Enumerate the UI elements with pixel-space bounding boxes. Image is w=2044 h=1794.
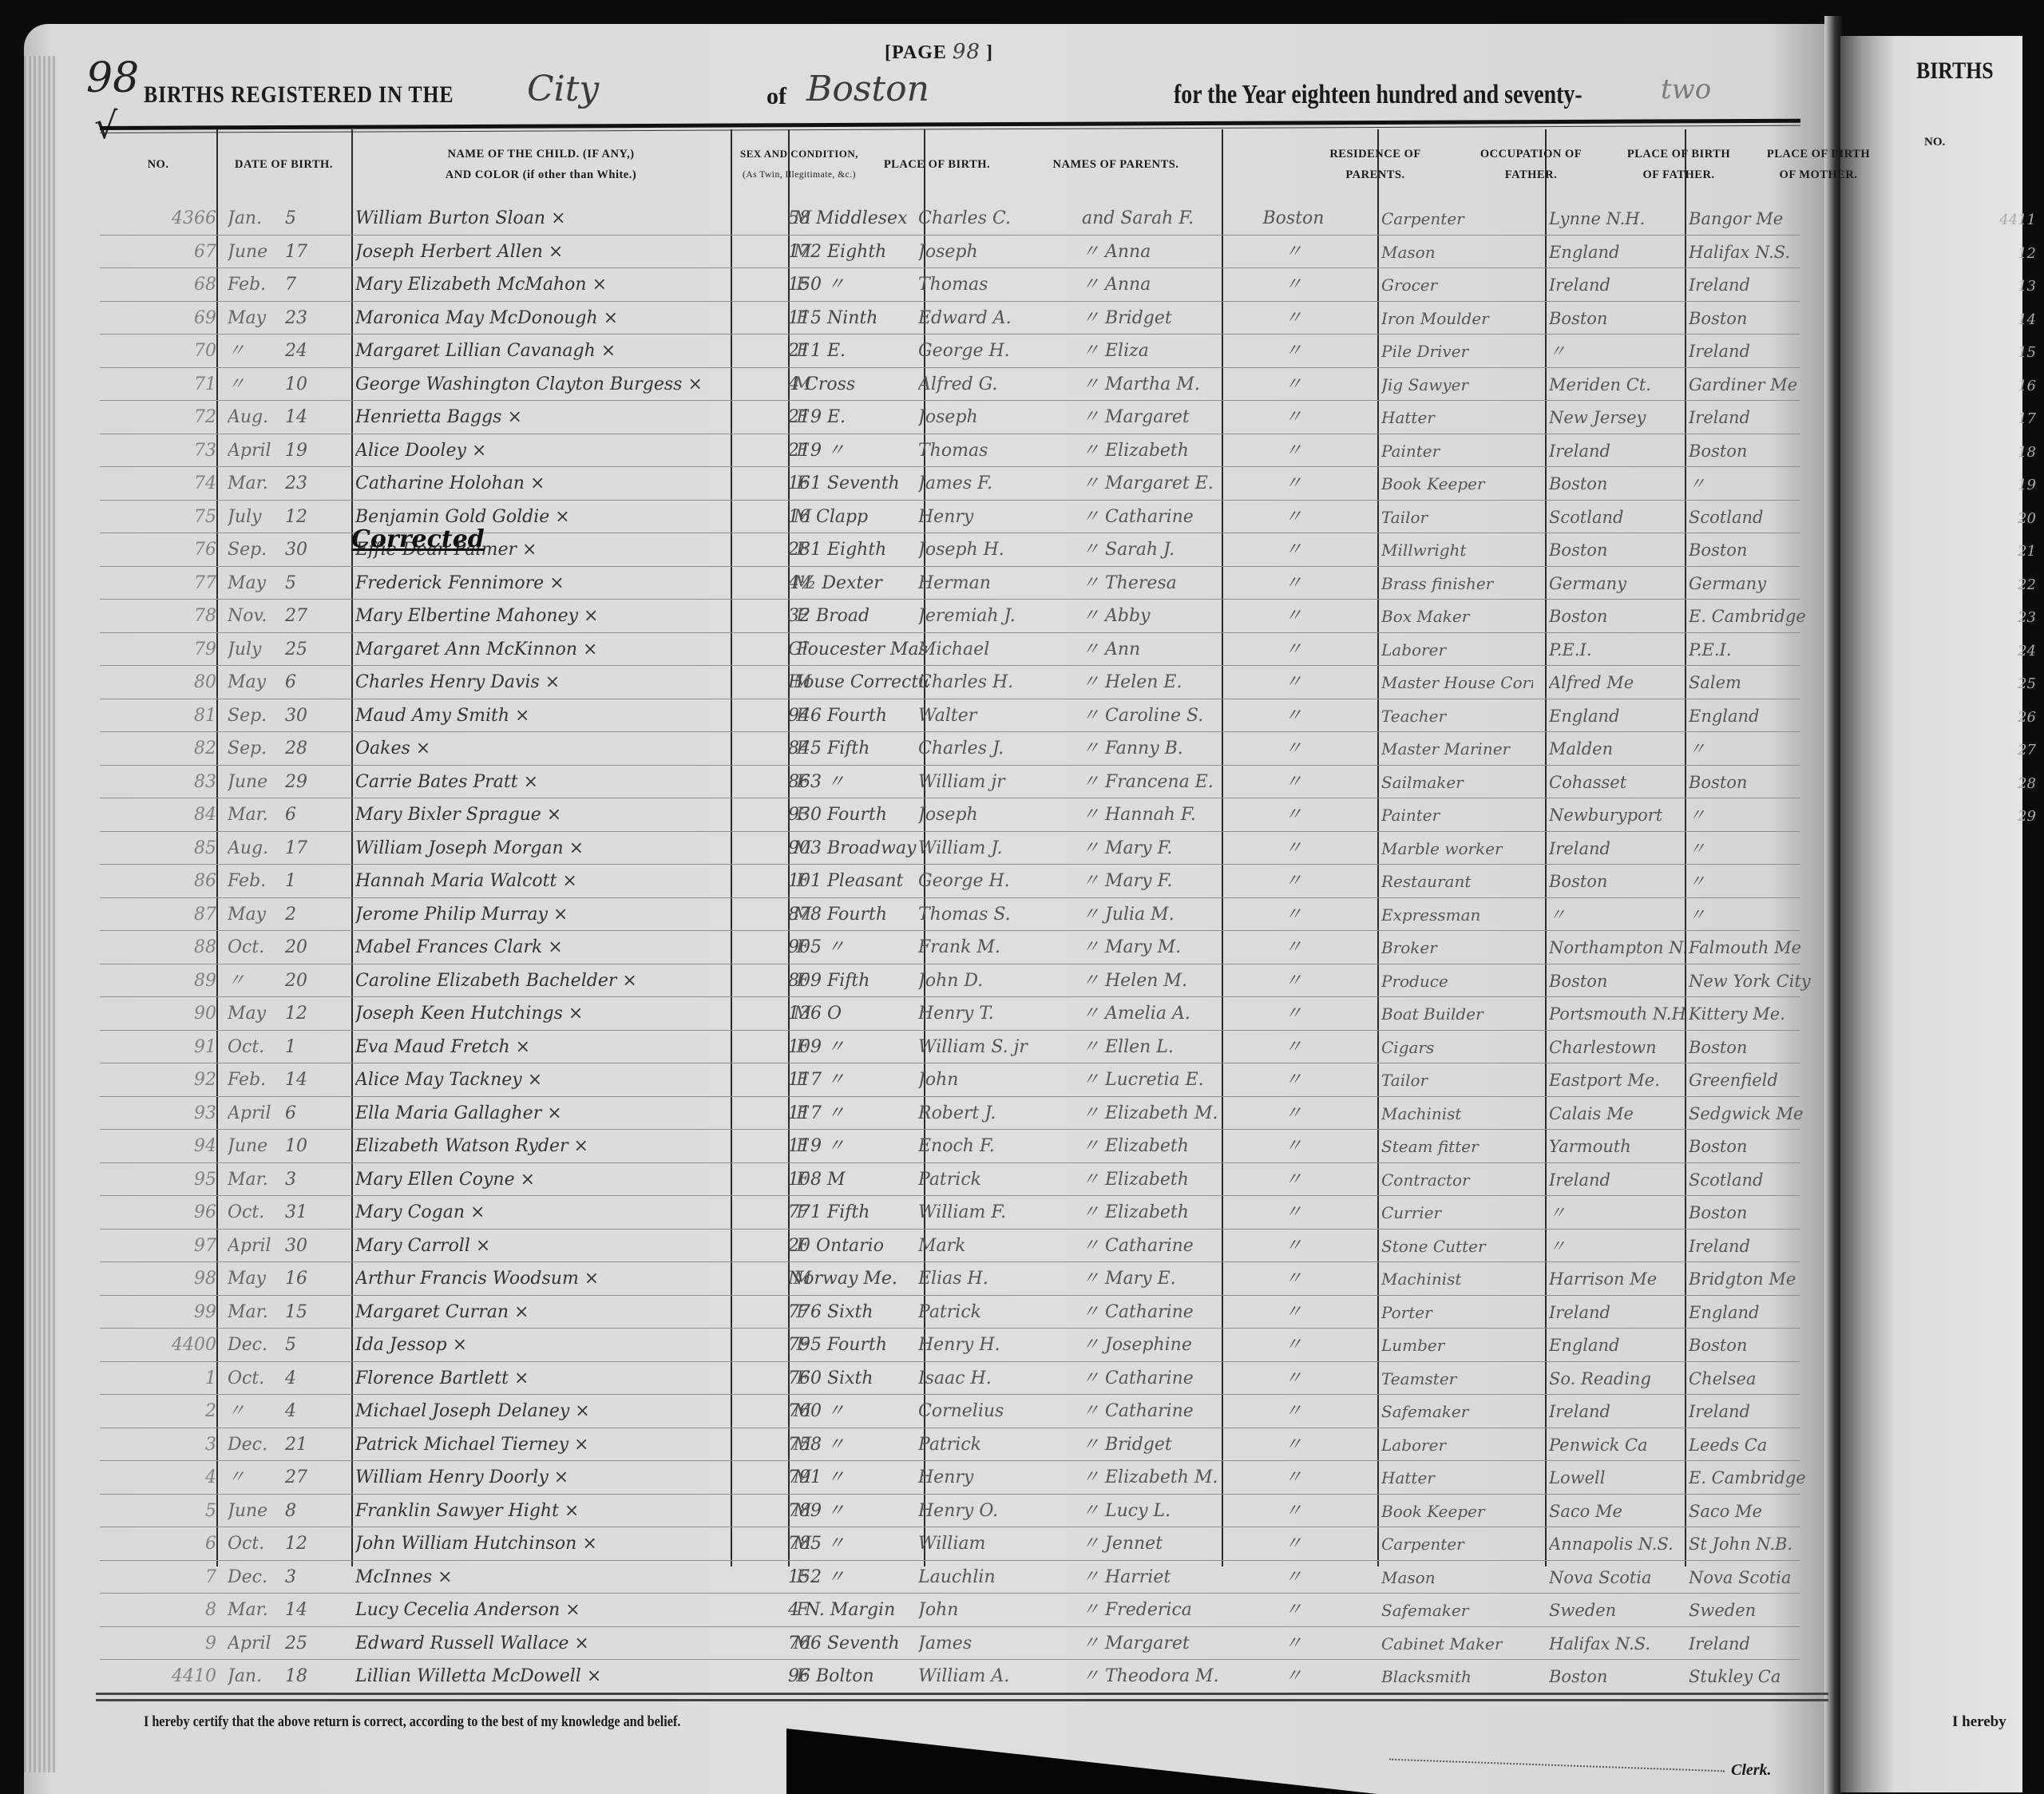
father-occupation: Restaurant [1381, 867, 1533, 896]
mother-birthplace: 〃 [1689, 801, 1824, 830]
mother-birthplace: England [1689, 1298, 1824, 1327]
table-row: 97April30Mary Carroll ×F20 OntarioMark〃 … [100, 1229, 1800, 1263]
mother-birthplace: P.E.I. [1689, 636, 1824, 664]
child-name: William Joseph Morgan × [355, 834, 739, 863]
mother-birthplace: Sedgwick Me [1689, 1099, 1824, 1128]
child-name: Arthur Francis Woodsum × [355, 1265, 739, 1293]
child-name: Henrietta Baggs × [355, 403, 739, 432]
header-label: OCCUPATION OF [1480, 144, 1582, 164]
table-row: 4410Jan.18Lillian Willetta McDowell ×F96… [100, 1659, 1800, 1693]
row-number: 79 [100, 636, 221, 664]
father-name: Alfred G. [918, 370, 1078, 399]
table-row: 86Feb.1Hannah Maria Walcott ×F101 Pleasa… [100, 864, 1800, 898]
mother-name: 〃 Elizabeth [1082, 437, 1218, 465]
place-of-birth: 845 Fifth [788, 735, 928, 763]
father-occupation: Contractor [1381, 1166, 1533, 1194]
birth-day: 24 [285, 337, 333, 366]
table-row: 6Oct.12John William Hutchinson ×M785 〃Wi… [100, 1527, 1800, 1561]
birth-month: Aug. [228, 834, 283, 863]
father-birthplace: 〃 [1549, 1198, 1685, 1227]
facing-page-row-number: 16 [1980, 370, 2036, 403]
header-birth-mother: PLACE OF BIRTHOF MOTHER. [1749, 129, 1888, 200]
header-sex: SEX AND CONDITION,(As Twin, Illegitimate… [731, 129, 868, 200]
birth-day: 20 [285, 933, 333, 962]
residence: 〃 [1226, 337, 1361, 366]
table-row: 84Mar.6Mary Bixler Sprague ×F930 FourthJ… [100, 798, 1800, 832]
father-occupation: Pile Driver [1381, 337, 1533, 366]
father-occupation: Broker [1381, 933, 1533, 962]
child-name: Edward Russell Wallace × [355, 1630, 739, 1658]
mother-name: 〃 Catharine [1082, 1232, 1218, 1261]
father-occupation: Blacksmith [1381, 1662, 1533, 1691]
child-name: Eva Maud Fretch × [355, 1033, 739, 1062]
place-of-birth: 150 〃 [788, 271, 928, 299]
mother-birthplace: Boston [1689, 1198, 1824, 1227]
mother-name: 〃 Abby [1082, 602, 1218, 631]
child-name: Oakes × [355, 735, 739, 763]
father-occupation: Laborer [1381, 1431, 1533, 1459]
place-of-birth: 16 Clapp [788, 503, 928, 532]
child-name: Caroline Elizabeth Bachelder × [355, 967, 739, 996]
father-name: Enoch F. [918, 1132, 1078, 1161]
birth-day: 2 [285, 901, 333, 929]
table-row: 81Sep.30Maud Amy Smith ×F946 FourthWalte… [100, 699, 1800, 733]
facing-page-row-number: 18 [1980, 436, 2036, 469]
table-row: 2〃4Michael Joseph Delaney ×M760 〃Corneli… [100, 1394, 1800, 1428]
birth-day: 20 [285, 967, 333, 996]
place-of-birth: 903 Broadway [788, 834, 928, 863]
father-birthplace: Boston [1549, 304, 1685, 333]
mother-name: and Sarah F. [1082, 204, 1218, 233]
father-birthplace: Ireland [1549, 1166, 1685, 1194]
father-occupation: Master House Correction [1381, 668, 1533, 697]
table-row: 9April25Edward Russell Wallace ×M766 Sev… [100, 1626, 1800, 1661]
residence: 〃 [1226, 602, 1361, 631]
header-no: NO. [100, 129, 216, 200]
mother-name: 〃 Helen M. [1082, 967, 1218, 996]
mother-name: 〃 Hannah F. [1082, 801, 1218, 830]
father-occupation: Carpenter [1381, 1530, 1533, 1558]
residence: 〃 [1226, 503, 1361, 532]
mother-birthplace: Boston [1689, 304, 1824, 333]
title-year: for the Year eighteen hundred and sevent… [1174, 80, 1583, 110]
residence: 〃 [1226, 304, 1361, 333]
header-label: NO. [148, 154, 169, 175]
birth-day: 4 [285, 1364, 333, 1393]
birth-month: May [228, 668, 283, 697]
facing-page-row-number: 13 [1980, 270, 2036, 303]
residence: 〃 [1226, 801, 1361, 830]
mother-name: 〃 Eliza [1082, 337, 1218, 366]
header-parents: NAMES OF PARENTS. [1010, 129, 1222, 200]
page-label-text: [PAGE [885, 42, 947, 63]
row-number: 73 [100, 437, 221, 465]
father-birthplace: Germany [1549, 569, 1685, 598]
residence: 〃 [1226, 569, 1361, 598]
row-number: 77 [100, 569, 221, 598]
table-row: 4〃27William Henry Doorly ×M791 〃Henry〃 E… [100, 1460, 1800, 1495]
place-of-birth: 791 〃 [788, 1463, 928, 1492]
birth-day: 21 [285, 1431, 333, 1459]
place-of-birth: 946 Fourth [788, 702, 928, 731]
father-occupation: Safemaker [1381, 1596, 1533, 1625]
father-birthplace: Boston [1549, 867, 1685, 896]
mother-name: 〃 Catharine [1082, 503, 1218, 532]
father-name: Michael [918, 636, 1078, 664]
child-name: Lillian Willetta McDowell × [355, 1662, 739, 1691]
birth-month: 〃 [228, 967, 283, 996]
facing-page-row-number: 19 [1980, 469, 2036, 502]
father-birthplace: Yarmouth [1549, 1132, 1685, 1161]
father-birthplace: Annapolis N.S. [1549, 1530, 1685, 1558]
birth-day: 16 [285, 1265, 333, 1293]
father-birthplace: P.E.I. [1549, 636, 1685, 664]
row-number: 76 [100, 536, 221, 564]
father-birthplace: England [1549, 1331, 1685, 1360]
table-row: 72Aug.14Henrietta Baggs ×F219 E.Joseph〃 … [100, 400, 1800, 434]
place-of-birth: 161 Seventh [788, 469, 928, 498]
title-city-type: City [527, 69, 599, 109]
table-row: 80May6Charles Henry Davis ×MHouse Correc… [100, 665, 1800, 699]
mother-birthplace: E. Cambridge [1689, 602, 1824, 631]
row-number: 97 [100, 1232, 221, 1261]
child-name: Mary Elizabeth McMahon × [355, 271, 739, 299]
father-name: Patrick [918, 1298, 1078, 1327]
mother-name: 〃 Anna [1082, 271, 1218, 299]
place-of-birth: 152 〃 [788, 1563, 928, 1592]
place-of-birth: 766 Seventh [788, 1630, 928, 1658]
father-name: Robert J. [918, 1099, 1078, 1128]
facing-page-row-number: 24 [1980, 635, 2036, 668]
birth-day: 5 [285, 569, 333, 598]
birth-day: 12 [285, 503, 333, 532]
birth-month: Jan. [228, 1662, 283, 1691]
residence: 〃 [1226, 768, 1361, 797]
birth-day: 3 [285, 1563, 333, 1592]
place-of-birth: 776 Sixth [788, 1298, 928, 1327]
mother-name: 〃 Bridget [1082, 1431, 1218, 1459]
residence: 〃 [1226, 1530, 1361, 1558]
birth-day: 5 [285, 1331, 333, 1360]
father-birthplace: Sweden [1549, 1596, 1685, 1625]
birth-month: Sep. [228, 735, 283, 763]
mother-birthplace: England [1689, 702, 1824, 731]
mother-name: 〃 Caroline S. [1082, 702, 1218, 731]
residence: 〃 [1226, 1331, 1361, 1360]
child-name: Mary Carroll × [355, 1232, 739, 1261]
header-label: PLACE OF BIRTH [1627, 144, 1730, 164]
birth-month: Dec. [228, 1431, 283, 1459]
mother-name: 〃 Theodora M. [1082, 1662, 1218, 1691]
father-name: Henry O. [918, 1497, 1078, 1526]
title-place: Boston [806, 69, 929, 109]
table-row: 98May16Arthur Francis Woodsum ×MNorway M… [100, 1261, 1800, 1296]
mother-birthplace: Chelsea [1689, 1364, 1824, 1393]
footer-rule [96, 1699, 1828, 1701]
father-birthplace: Calais Me [1549, 1099, 1685, 1128]
mother-birthplace: Boston [1689, 1331, 1824, 1360]
birth-month: Nov. [228, 602, 283, 631]
father-birthplace: Lynne N.H. [1549, 204, 1685, 233]
father-name: Henry T. [918, 1000, 1078, 1028]
place-of-birth: 119 〃 [788, 1132, 928, 1161]
child-name: Carrie Bates Pratt × [355, 768, 739, 797]
father-occupation: Tailor [1381, 1066, 1533, 1095]
residence: 〃 [1226, 437, 1361, 465]
residence: 〃 [1226, 238, 1361, 267]
father-occupation: Stone Cutter [1381, 1232, 1533, 1261]
residence: 〃 [1226, 1463, 1361, 1492]
birth-month: May [228, 1265, 283, 1293]
residence: 〃 [1226, 1066, 1361, 1095]
place-of-birth: 771 Fifth [788, 1198, 928, 1227]
row-number: 1 [100, 1364, 221, 1393]
table-row: 88Oct.20Mabel Frances Clark ×F905 〃Frank… [100, 930, 1800, 964]
birth-month: Mar. [228, 469, 283, 498]
father-occupation: Boat Builder [1381, 1000, 1533, 1028]
mother-birthplace: Sweden [1689, 1596, 1824, 1625]
birth-day: 14 [285, 1066, 333, 1095]
margin-page-number: 98 [86, 54, 139, 102]
father-name: Charles H. [918, 668, 1078, 697]
row-number: 78 [100, 602, 221, 631]
residence: 〃 [1226, 1596, 1361, 1625]
mother-name: 〃 Elizabeth M. [1082, 1463, 1218, 1492]
father-occupation: Master Mariner [1381, 735, 1533, 763]
father-occupation: Laborer [1381, 636, 1533, 664]
row-number: 94 [100, 1132, 221, 1161]
father-name: John D. [918, 967, 1078, 996]
place-of-birth: 789 〃 [788, 1497, 928, 1526]
father-occupation: Marble worker [1381, 834, 1533, 863]
child-name: Frederick Fennimore × [355, 569, 739, 598]
birth-month: June [228, 1497, 283, 1526]
father-birthplace: Nova Scotia [1549, 1563, 1685, 1592]
mother-name: 〃 Elizabeth M. [1082, 1099, 1218, 1128]
table-row: 78Nov.27Mary Elbertine Mahoney ×F32 Broa… [100, 599, 1800, 633]
residence: 〃 [1226, 1431, 1361, 1459]
row-number: 71 [100, 370, 221, 399]
birth-month: June [228, 1132, 283, 1161]
mother-birthplace: 〃 [1689, 834, 1824, 863]
mother-name: 〃 Frederica [1082, 1596, 1218, 1625]
page-edge [24, 56, 56, 1772]
child-name: Alice Dooley × [355, 437, 739, 465]
birth-day: 6 [285, 668, 333, 697]
father-birthplace: Penwick Ca [1549, 1431, 1685, 1459]
birth-month: Oct. [228, 1198, 283, 1227]
birth-month: Aug. [228, 403, 283, 432]
father-birthplace: Northampton N.H. [1549, 933, 1685, 962]
father-name: Joseph [918, 238, 1078, 267]
residence: 〃 [1226, 271, 1361, 299]
mother-birthplace: Ireland [1689, 271, 1824, 299]
title-of: of [766, 83, 786, 110]
page-label-close: ] [986, 42, 993, 63]
father-occupation: Sailmaker [1381, 768, 1533, 797]
header-label: DATE OF BIRTH. [235, 154, 333, 175]
header-birth-father: PLACE OF BIRTHOF FATHER. [1609, 129, 1749, 200]
place-of-birth: 785 〃 [788, 1530, 928, 1558]
father-birthplace: Malden [1549, 735, 1685, 763]
father-birthplace: So. Reading [1549, 1364, 1685, 1393]
birth-day: 8 [285, 1497, 333, 1526]
header-name: NAME OF THE CHILD. (IF ANY,)AND COLOR (i… [351, 129, 731, 200]
birth-month: Feb. [228, 271, 283, 299]
child-name: Maud Amy Smith × [355, 702, 739, 731]
father-birthplace: 〃 [1549, 337, 1685, 366]
mother-birthplace: Nova Scotia [1689, 1563, 1824, 1592]
table-row: 4366Jan.5William Burton Sloan ×M58 Middl… [100, 201, 1800, 236]
birth-day: 27 [285, 1463, 333, 1492]
father-name: Patrick [918, 1166, 1078, 1194]
birth-month: 〃 [228, 337, 283, 366]
birth-day: 4 [285, 1397, 333, 1426]
header-label: NAMES OF PARENTS. [1053, 154, 1179, 175]
father-name: Mark [918, 1232, 1078, 1261]
footer-rule [96, 1693, 1828, 1695]
mother-birthplace: Stukley Ca [1689, 1662, 1824, 1691]
birth-month: Feb. [228, 867, 283, 896]
place-of-birth: 101 Pleasant [788, 867, 928, 896]
child-name: Mary Bixler Sprague × [355, 801, 739, 830]
father-name: Isaac H. [918, 1364, 1078, 1393]
mother-birthplace: Bridgton Me [1689, 1265, 1824, 1293]
row-number: 3 [100, 1431, 221, 1459]
birth-month: June [228, 768, 283, 797]
birth-month: May [228, 901, 283, 929]
row-number: 86 [100, 867, 221, 896]
birth-month: 〃 [228, 370, 283, 399]
place-of-birth: 109 〃 [788, 1033, 928, 1062]
residence: 〃 [1226, 967, 1361, 996]
header-sublabel: PARENTS. [1345, 164, 1404, 185]
row-number: 4366 [100, 204, 221, 233]
father-name: Cornelius [918, 1397, 1078, 1426]
mother-birthplace: Leeds Ca [1689, 1431, 1824, 1459]
mother-birthplace: St John N.B. [1689, 1530, 1824, 1558]
mother-birthplace: Boston [1689, 1033, 1824, 1062]
father-name: William jr [918, 768, 1078, 797]
table-row: 3Dec.21Patrick Michael Tierney ×M758 〃Pa… [100, 1428, 1800, 1462]
register-title: BIRTHS REGISTERED IN THE [144, 81, 454, 109]
father-name: William S. jr [918, 1033, 1078, 1062]
father-occupation: Expressman [1381, 901, 1533, 929]
child-name: Ella Maria Gallagher × [355, 1099, 739, 1128]
father-birthplace: Boston [1549, 469, 1685, 498]
father-occupation: Porter [1381, 1298, 1533, 1327]
mother-birthplace: Ireland [1689, 337, 1824, 366]
clerk-label: Clerk. [1731, 1761, 1772, 1780]
father-name: Henry [918, 1463, 1078, 1492]
child-name: McInnes × [355, 1563, 739, 1592]
child-name: William Burton Sloan × [355, 204, 739, 233]
mother-birthplace: 〃 [1689, 901, 1824, 929]
father-name: William J. [918, 834, 1078, 863]
birth-month: Oct. [228, 933, 283, 962]
place-of-birth: 219 〃 [788, 437, 928, 465]
mother-birthplace: E. Cambridge [1689, 1463, 1824, 1492]
row-number: 99 [100, 1298, 221, 1327]
child-name: Michael Joseph Delaney × [355, 1397, 739, 1426]
residence: 〃 [1226, 1630, 1361, 1658]
place-of-birth: House Correction [788, 668, 928, 697]
child-name: Joseph Keen Hutchings × [355, 1000, 739, 1028]
row-number: 82 [100, 735, 221, 763]
residence: 〃 [1226, 1364, 1361, 1393]
mother-name: 〃 Mary F. [1082, 834, 1218, 863]
table-row: 68Feb.7Mary Elizabeth McMahon ×F150 〃Tho… [100, 267, 1800, 302]
child-name: Jerome Philip Murray × [355, 901, 739, 929]
mother-name: 〃 Sarah J. [1082, 536, 1218, 564]
row-number: 89 [100, 967, 221, 996]
header-label: PLACE OF BIRTH. [884, 154, 990, 175]
mother-name: 〃 Jennet [1082, 1530, 1218, 1558]
father-name: Joseph [918, 403, 1078, 432]
header-place: PLACE OF BIRTH. [870, 129, 1004, 200]
birth-month: May [228, 569, 283, 598]
father-birthplace: Boston [1549, 967, 1685, 996]
residence: 〃 [1226, 1166, 1361, 1194]
mother-birthplace: Ireland [1689, 1630, 1824, 1658]
facing-page-row-number: 25 [1980, 667, 2036, 701]
residence: 〃 [1226, 1563, 1361, 1592]
facing-page-title: BIRTHS [1916, 57, 1994, 85]
row-number: 83 [100, 768, 221, 797]
table-row: 79July25Margaret Ann McKinnon ×FGloucest… [100, 632, 1800, 667]
birth-month: Mar. [228, 801, 283, 830]
corrected-annotation: Corrected [351, 525, 485, 553]
header-label: NAME OF THE CHILD. (IF ANY,) [447, 144, 634, 164]
place-of-birth: 795 Fourth [788, 1331, 928, 1360]
place-of-birth: 4 Cross [788, 370, 928, 399]
mother-birthplace: Scotland [1689, 1166, 1824, 1194]
father-name: James [918, 1630, 1078, 1658]
mother-name: 〃 Josephine [1082, 1331, 1218, 1360]
father-birthplace: Boston [1549, 536, 1685, 564]
father-occupation: Grocer [1381, 271, 1533, 299]
birth-month: Oct. [228, 1364, 283, 1393]
father-birthplace: Meriden Ct. [1549, 370, 1685, 399]
table-row: 4400Dec.5Ida Jessop ×F795 FourthHenry H.… [100, 1328, 1800, 1362]
birth-month: Mar. [228, 1298, 283, 1327]
birth-day: 19 [285, 437, 333, 465]
birth-month: April [228, 1232, 283, 1261]
birth-month: April [228, 1099, 283, 1128]
mother-birthplace: 〃 [1689, 735, 1824, 763]
birth-day: 28 [285, 735, 333, 763]
father-name: Henry H. [918, 1331, 1078, 1360]
table-row: 73April19Alice Dooley ×F219 〃Thomas〃 Eli… [100, 434, 1800, 468]
child-name: Catharine Holohan × [355, 469, 739, 498]
father-occupation: Box Maker [1381, 602, 1533, 631]
row-number: 70 [100, 337, 221, 366]
place-of-birth: 219 E. [788, 403, 928, 432]
father-name: Jeremiah J. [918, 602, 1078, 631]
father-occupation: Brass finisher [1381, 569, 1533, 598]
mother-birthplace: Kittery Me. [1689, 1000, 1824, 1028]
mother-name: 〃 Martha M. [1082, 370, 1218, 399]
father-name: William F. [918, 1198, 1078, 1227]
mother-birthplace: Germany [1689, 569, 1824, 598]
header-sublabel: FATHER. [1505, 164, 1557, 185]
table-row: 77May5Frederick Fennimore ×M4½ DexterHer… [100, 566, 1800, 600]
birth-month: Oct. [228, 1033, 283, 1062]
birth-day: 1 [285, 867, 333, 896]
residence: 〃 [1226, 1099, 1361, 1128]
page-number: 98 [953, 40, 980, 64]
row-number: 98 [100, 1265, 221, 1293]
